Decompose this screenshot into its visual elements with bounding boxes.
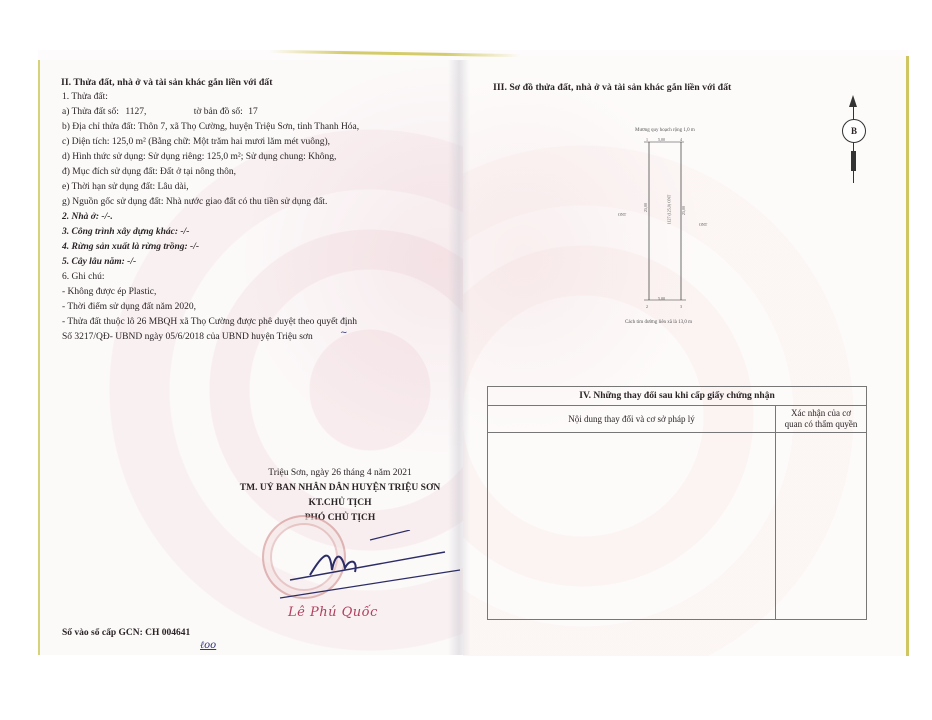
- signing-position: PHÓ CHỦ TỊCH: [215, 511, 465, 526]
- usage-form: d) Hình thức sử dụng: Sử dụng riêng: 125…: [62, 150, 336, 165]
- section-ii-title: II. Thửa đất, nhà ở và tài sản khác gắn …: [61, 75, 272, 90]
- corner-bottom-right: 3: [680, 304, 682, 309]
- notes-heading: 6. Ghi chú:: [62, 270, 104, 285]
- parcel-center-label: 1127 (125,0) ONT: [666, 195, 671, 225]
- col-authority-confirmation: Xác nhận của cơ quan có thẩm quyền: [776, 406, 867, 433]
- north-arrow-icon: B: [838, 95, 874, 185]
- note-item: Số 3217/QĐ- UBND ngày 05/6/2018 của UBND…: [62, 330, 313, 345]
- usage-term: e) Thời hạn sử dụng đất: Lâu dài,: [62, 180, 189, 195]
- register-number: Số vào sổ cấp GCN: CH 004641: [62, 628, 190, 638]
- neighbor-right: ONT: [699, 222, 707, 227]
- signing-date: Triệu Sơn, ngày 26 tháng 4 năm 2021: [215, 466, 465, 481]
- map-sheet-label: tờ bản đồ số:: [194, 107, 243, 117]
- left-length: 25,00: [643, 203, 648, 212]
- note-item: - Thời điểm sử dụng đất năm 2020,: [62, 300, 196, 315]
- parcel-diagram: Mương quy hoạch rộng 1,0 m 1 5,00 4 25,0…: [600, 120, 740, 340]
- change-content-cell: [488, 433, 776, 620]
- changes-table: IV. Những thay đổi sau khi cấp giấy chứn…: [487, 386, 867, 620]
- corner-bottom-left: 2: [646, 304, 648, 309]
- parcel-no-label: a) Thửa đất số:: [62, 107, 119, 117]
- section-iii-title: III. Sơ đồ thửa đất, nhà ở và tài sản kh…: [493, 82, 731, 93]
- map-sheet: 17: [248, 107, 258, 117]
- bottom-width: 5,00: [658, 296, 665, 301]
- note-item: - Không được ép Plastic,: [62, 285, 156, 300]
- parcel-address: b) Địa chỉ thửa đất: Thôn 7, xã Thọ Cườn…: [62, 120, 359, 135]
- parcel-area: c) Diện tích: 125,0 m² (Bằng chữ: Một tr…: [62, 135, 330, 150]
- usage-purpose: đ) Mục đích sử dụng đất: Đất ở tại nông …: [62, 165, 236, 180]
- perennial-item: 5. Cây lâu năm: -/-: [62, 255, 136, 270]
- changes-table-title: IV. Những thay đổi sau khi cấp giấy chứn…: [488, 387, 867, 406]
- initial-signature: ~: [340, 328, 348, 338]
- parcel-line: a) Thửa đất số: 1127, tờ bản đồ số: 17: [62, 105, 258, 120]
- house-item: 2. Nhà ở: -/-.: [62, 210, 113, 225]
- signing-authority: TM. UỶ BAN NHÂN DÂN HUYỆN TRIỆU SƠN: [215, 481, 465, 496]
- neighbor-left: ONT: [618, 212, 626, 217]
- signing-on-behalf: KT.CHỦ TỊCH: [215, 496, 465, 511]
- handwritten-signature: [270, 530, 470, 600]
- signer-name: Lê Phú Quốc: [288, 605, 378, 620]
- col-change-content: Nội dung thay đổi và cơ sở pháp lý: [488, 406, 776, 433]
- confirmation-cell: [776, 433, 867, 620]
- compass-label: B: [842, 119, 866, 143]
- other-construction-item: 3. Công trình xây dựng khác: -/-: [62, 225, 189, 240]
- land-heading: 1. Thửa đất:: [62, 90, 108, 105]
- note-item: - Thửa đất thuộc lô 26 MBQH xã Thọ Cường…: [62, 315, 357, 330]
- land-origin: g) Nguồn gốc sử dụng đất: Nhà nước giao …: [62, 195, 327, 210]
- forest-item: 4. Rừng sản xuất là rừng trồng: -/-: [62, 240, 199, 255]
- right-length: 25,00: [681, 206, 686, 215]
- signature-block: Triệu Sơn, ngày 26 tháng 4 năm 2021 TM. …: [215, 466, 465, 526]
- diagram-bottom-label: Cách tim đường liên xã là 13,0 m: [625, 320, 692, 325]
- register-initials: ℓoo: [200, 640, 216, 651]
- parcel-no: 1127,: [125, 107, 146, 117]
